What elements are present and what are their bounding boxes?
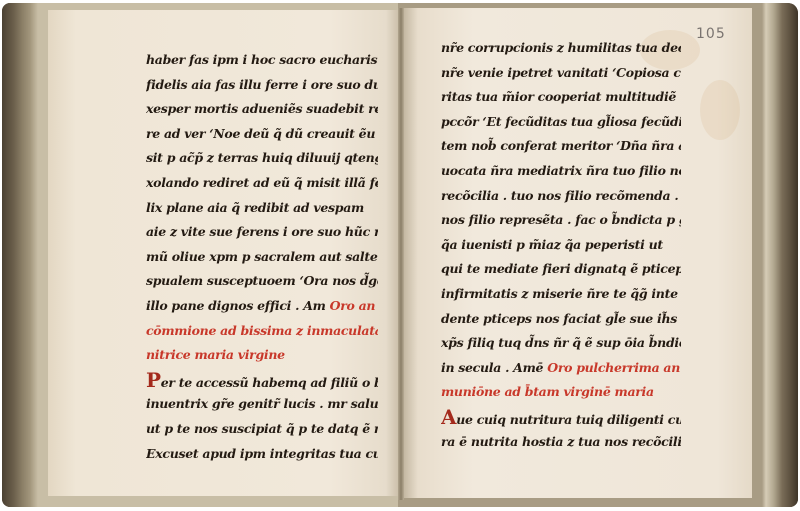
text-line: fidelis aia fas illu ferre i ore suo du [146,73,378,98]
parchment-stain [700,80,740,140]
text-line: nos filio represẽta . fac o b̃ndicta p … [441,208,681,233]
text-line: lix plane aia q̃ redibit ad vespam [146,196,378,221]
rubric: Oro an [330,298,376,313]
decorated-initial: A [441,405,456,429]
text-line: Excuset apud ipm integritas tua culpā [146,442,378,467]
text-line: aie z vite sue ferens i ore suo hũc ra [146,220,378,245]
text-line: xp̃s filiq tuq d̃ns ñr q̃ ẽ sup ōia b… [441,331,681,356]
left-page-text: haber fas ipm i hoc sacro eucharistie fi… [146,48,378,466]
book-gutter [398,8,404,500]
folio-number: 105 [696,26,726,42]
text-line: infirmitatis z miserie ñre te q̃g̃ inte [441,282,681,307]
text-line: dente pticeps nos faciat gl̃e sue ih̃s [441,307,681,332]
rubric: Oro pulcherrima an con [547,360,681,375]
decorated-initial: P [146,368,161,392]
text-line: tem nob̃ conferat meritor ‘Dña ñra ad [441,134,681,159]
text-line: Aue cuiq nutritura tuiq diligenti cu [441,405,681,430]
rubric-line: muniōne ad b̄tam virginē maria [441,380,681,405]
text-line: uocata ñra mediatrix ñra tuo filio nos [441,159,681,184]
text-line: inuentrix gr̃e genitr̃ lucis . mr saluti… [146,392,378,417]
text-line: nr̃e venie ipetret vanitati ‘Copiosa ca [441,61,681,86]
text-line: q̃a iuenisti p m̃iaz q̃a peperisti ut [441,233,681,258]
text-line: ut p te nos suscipiat q̃ p te datq ẽ no… [146,417,378,442]
text-line: nr̃e corrupcionis z humilitas tua deo g̃… [441,36,681,61]
text-line: re ad ver ‘Noe deũ q̃ dũ creauit ẽu m… [146,122,378,147]
text-line: in secula . Amē Oro pulcherrima an con [441,356,681,381]
rubric-line: cōmmione ad bissima z inmaculata dei ge [146,319,378,344]
text-line: illo pane dignos effici . Am Oro an [146,294,378,319]
text-line: qui te mediate fieri dignatq ẽ pticeps [441,257,681,282]
text-line: mũ oliue xpm p sacralem aut salte [146,245,378,270]
text-line: ritas tua m̃ior cooperiat multitudiẽ [441,85,681,110]
text-line: sit p ac̃p̃ z terras huiq diluuij qteng [146,146,378,171]
text-line: Per te accessũ habemq ad filiũ o bta [146,368,378,393]
text-line: haber fas ipm i hoc sacro eucharistie [146,48,378,73]
text-line: recõcilia . tuo nos filio recõmenda . … [441,184,681,209]
text-line: xolando rediret ad eũ q̃ misit illã fe [146,171,378,196]
right-page-text: nr̃e corrupcionis z humilitas tua deo g̃… [441,36,681,454]
text-line: xesper mortis adueniẽs suadebit redi [146,97,378,122]
rubric-line: nitrice maria virgine [146,343,378,368]
text-line: pccõr ‘Et fecũditas tua gl̃iosa fecũd… [441,110,681,135]
text-line: spualem susceptuoem ‘Ora nos d̃go [146,269,378,294]
text-line: ra ē nutrita hostia z tua nos recõcili… [441,430,681,455]
